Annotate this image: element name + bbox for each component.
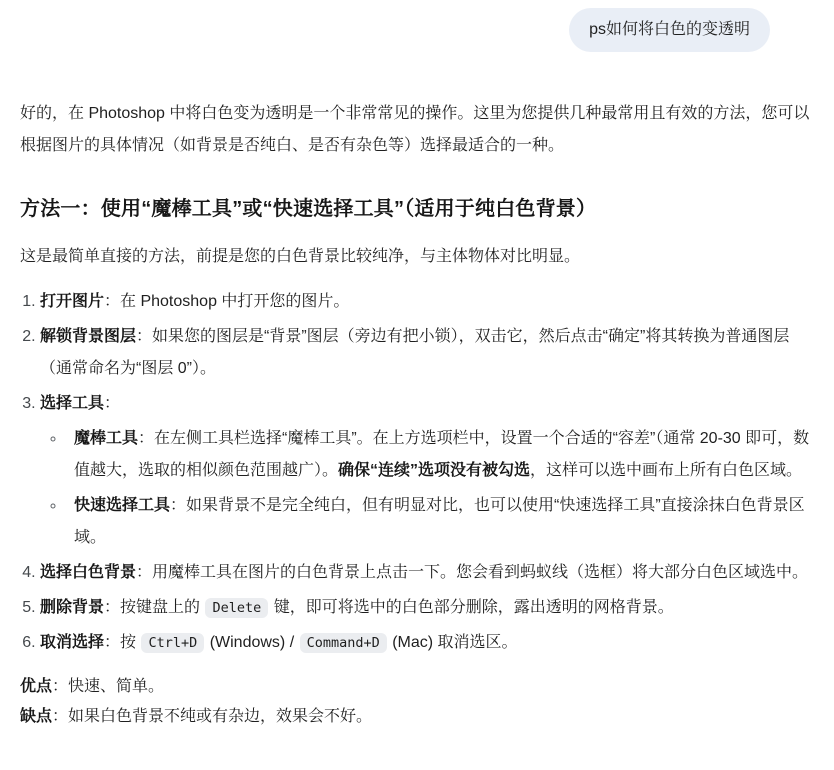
pros-line: 优点：快速、简单。 — [20, 672, 814, 702]
assistant-response: 好的，在 Photoshop 中将白色变为透明是一个非常常见的操作。这里为您提供… — [20, 98, 814, 732]
text-segment: ，这样可以选中画布上所有白色区域。 — [530, 462, 802, 479]
text-segment: ：如果白色背景不纯或有杂边，效果会不好。 — [52, 708, 372, 725]
chat-page: ps如何将白色的变透明 好的，在 Photoshop 中将白色变为透明是一个非常… — [0, 0, 834, 732]
step-item: 打开图片：在 Photoshop 中打开您的图片。 — [40, 286, 814, 318]
bold-text: 解锁背景图层 — [40, 328, 136, 345]
steps-list: 打开图片：在 Photoshop 中打开您的图片。解锁背景图层：如果您的图层是“… — [20, 286, 814, 659]
section-lead-paragraph: 这是最简单直接的方法，前提是您的白色背景比较纯净，与主体物体对比明显。 — [20, 241, 814, 273]
user-message-bubble: ps如何将白色的变透明 — [569, 8, 770, 52]
bold-text: 魔棒工具 — [74, 430, 138, 447]
bold-text: 取消选择 — [40, 634, 104, 651]
text-segment: ：快速、简单。 — [52, 678, 164, 695]
text-segment: ：按键盘上的 — [104, 599, 204, 616]
step-item: 选择工具：魔棒工具：在左侧工具栏选择“魔棒工具”。在上方选项栏中，设置一个合适的… — [40, 388, 814, 554]
step-item: 解锁背景图层：如果您的图层是“背景”图层（旁边有把小锁），双击它，然后点击“确定… — [40, 321, 814, 385]
user-message-text: ps如何将白色的变透明 — [589, 21, 750, 38]
bold-text: 打开图片 — [40, 293, 104, 310]
text-segment: ：如果背景不是完全纯白，但有明显对比，也可以使用“快速选择工具”直接涂抹白色背景… — [74, 497, 805, 546]
user-message-row: ps如何将白色的变透明 — [20, 8, 814, 52]
substep-item: 快速选择工具：如果背景不是完全纯白，但有明显对比，也可以使用“快速选择工具”直接… — [66, 490, 814, 554]
bold-text: 选择工具 — [40, 395, 104, 412]
bold-text: 快速选择工具 — [74, 497, 170, 514]
inline-code: Ctrl+D — [141, 633, 204, 653]
pros-cons-block: 优点：快速、简单。 缺点：如果白色背景不纯或有杂边，效果会不好。 — [20, 672, 814, 732]
text-segment: (Windows) / — [205, 634, 298, 651]
step-item: 删除背景：按键盘上的 Delete 键，即可将选中的白色部分删除，露出透明的网格… — [40, 592, 814, 624]
bold-text: 确保“连续”选项没有被勾选 — [338, 462, 530, 479]
bold-text: 删除背景 — [40, 599, 104, 616]
text-segment: ：如果您的图层是“背景”图层（旁边有把小锁），双击它，然后点击“确定”将其转换为… — [40, 328, 789, 377]
inline-code: Delete — [205, 598, 268, 618]
text-segment: ：用魔棒工具在图片的白色背景上点击一下。您会看到蚂蚁线（选框）将大部分白色区域选… — [136, 564, 808, 581]
text-segment: 键，即可将选中的白色部分删除，露出透明的网格背景。 — [269, 599, 673, 616]
intro-paragraph: 好的，在 Photoshop 中将白色变为透明是一个非常常见的操作。这里为您提供… — [20, 98, 814, 162]
bold-text: 优点 — [20, 678, 52, 695]
substeps-list: 魔棒工具：在左侧工具栏选择“魔棒工具”。在上方选项栏中，设置一个合适的“容差”（… — [40, 423, 814, 554]
cons-line: 缺点：如果白色背景不纯或有杂边，效果会不好。 — [20, 702, 814, 732]
text-segment: ： — [104, 395, 120, 412]
bold-text: 缺点 — [20, 708, 52, 725]
step-item: 选择白色背景：用魔棒工具在图片的白色背景上点击一下。您会看到蚂蚁线（选框）将大部… — [40, 557, 814, 589]
substep-item: 魔棒工具：在左侧工具栏选择“魔棒工具”。在上方选项栏中，设置一个合适的“容差”（… — [66, 423, 814, 487]
section-heading: 方法一：使用“魔棒工具”或“快速选择工具”（适用于纯白色背景） — [20, 195, 814, 223]
step-item: 取消选择：按 Ctrl+D (Windows) / Command+D (Mac… — [40, 627, 814, 659]
inline-code: Command+D — [300, 633, 387, 653]
bold-text: 选择白色背景 — [40, 564, 136, 581]
text-segment: (Mac) 取消选区。 — [388, 634, 518, 651]
text-segment: ：在 Photoshop 中打开您的图片。 — [104, 293, 349, 310]
text-segment: ：按 — [104, 634, 140, 651]
